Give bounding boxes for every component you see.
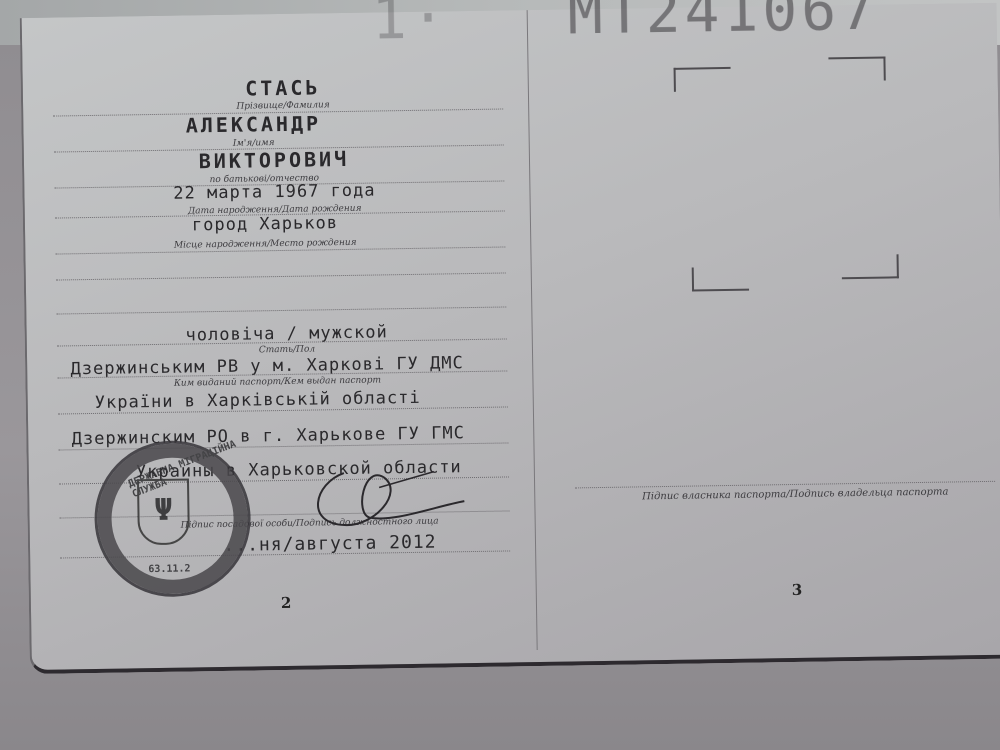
page-number-right: 3 <box>792 581 803 599</box>
official-stamp: Ψ ДЕРЖАВНА МІГРАЦІЙНА СЛУЖБА 63.11.2 <box>93 440 251 598</box>
passport-spread: 1· СТАСЬ Прізвище/Фамилия АЛЕКСАНДР Ім'я… <box>20 3 1000 674</box>
serial-perforation-left: 1· <box>371 0 450 53</box>
photo-frame-corner <box>842 254 899 279</box>
stamp-code: 63.11.2 <box>148 563 190 575</box>
serial-perforation: МТ241067 <box>567 0 879 47</box>
photo-frame-corner <box>674 67 731 92</box>
photo-frame-corner <box>692 267 749 292</box>
dotted-line <box>56 306 506 314</box>
right-page: МТ241067 Підпис власника паспорта/Подпис… <box>528 3 1000 650</box>
page-number-left: 2 <box>281 594 292 612</box>
photo-frame-corner <box>828 56 885 81</box>
official-signature <box>284 451 475 534</box>
left-page: 1· СТАСЬ Прізвище/Фамилия АЛЕКСАНДР Ім'я… <box>22 10 537 658</box>
owner-signature-caption: Підпис власника паспорта/Подпись владель… <box>595 486 995 503</box>
dotted-line <box>56 272 506 280</box>
given-name-value: АЛЕКСАНДР <box>53 109 453 139</box>
